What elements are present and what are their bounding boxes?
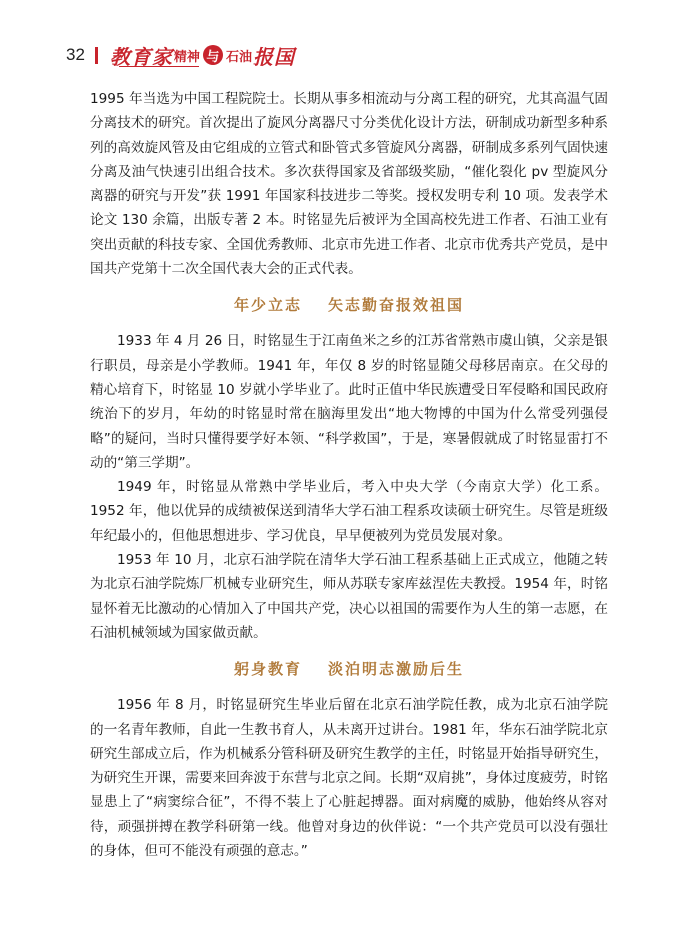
brand-circle-char: 与 — [203, 45, 223, 65]
page-number: 32 — [66, 45, 85, 65]
brand-part-3: 石油 — [226, 46, 252, 65]
brand-part-2: 精神 — [174, 46, 200, 65]
brand-underline — [119, 66, 199, 67]
page-body: 1995 年当选为中国工程院院士。长期从事多相流动与分离工程的研究，尤其高温气固… — [90, 87, 608, 863]
body-paragraph: 1953 年 10 月，北京石油学院在清华大学石油工程系基础上正式成立，他随之转… — [90, 548, 608, 645]
brand-part-4: 报国 — [253, 41, 295, 70]
section-heading-2-part-a: 躬身教育 — [234, 660, 302, 678]
section-heading-1-part-a: 年少立志 — [234, 296, 302, 314]
body-paragraph: 1956 年 8 月，时铭显研究生毕业后留在北京石油学院任教，成为北京石油学院的… — [90, 693, 608, 863]
section-heading-2: 躬身教育淡泊明志激励后生 — [90, 645, 608, 693]
body-paragraph: 1933 年 4 月 26 日，时铭显生于江南鱼米之乡的江苏省常熟市虞山镇，父亲… — [90, 329, 608, 475]
section-heading-1: 年少立志矢志勤奋报效祖国 — [90, 281, 608, 329]
body-paragraph: 1949 年，时铭显从常熟中学毕业后，考入中央大学（今南京大学）化工系。1952… — [90, 475, 608, 548]
header-divider — [95, 47, 98, 64]
section-heading-2-part-b: 淡泊明志激励后生 — [328, 660, 464, 678]
intro-paragraph: 1995 年当选为中国工程院院士。长期从事多相流动与分离工程的研究，尤其高温气固… — [90, 87, 608, 281]
section-heading-1-part-b: 矢志勤奋报效祖国 — [328, 296, 464, 314]
